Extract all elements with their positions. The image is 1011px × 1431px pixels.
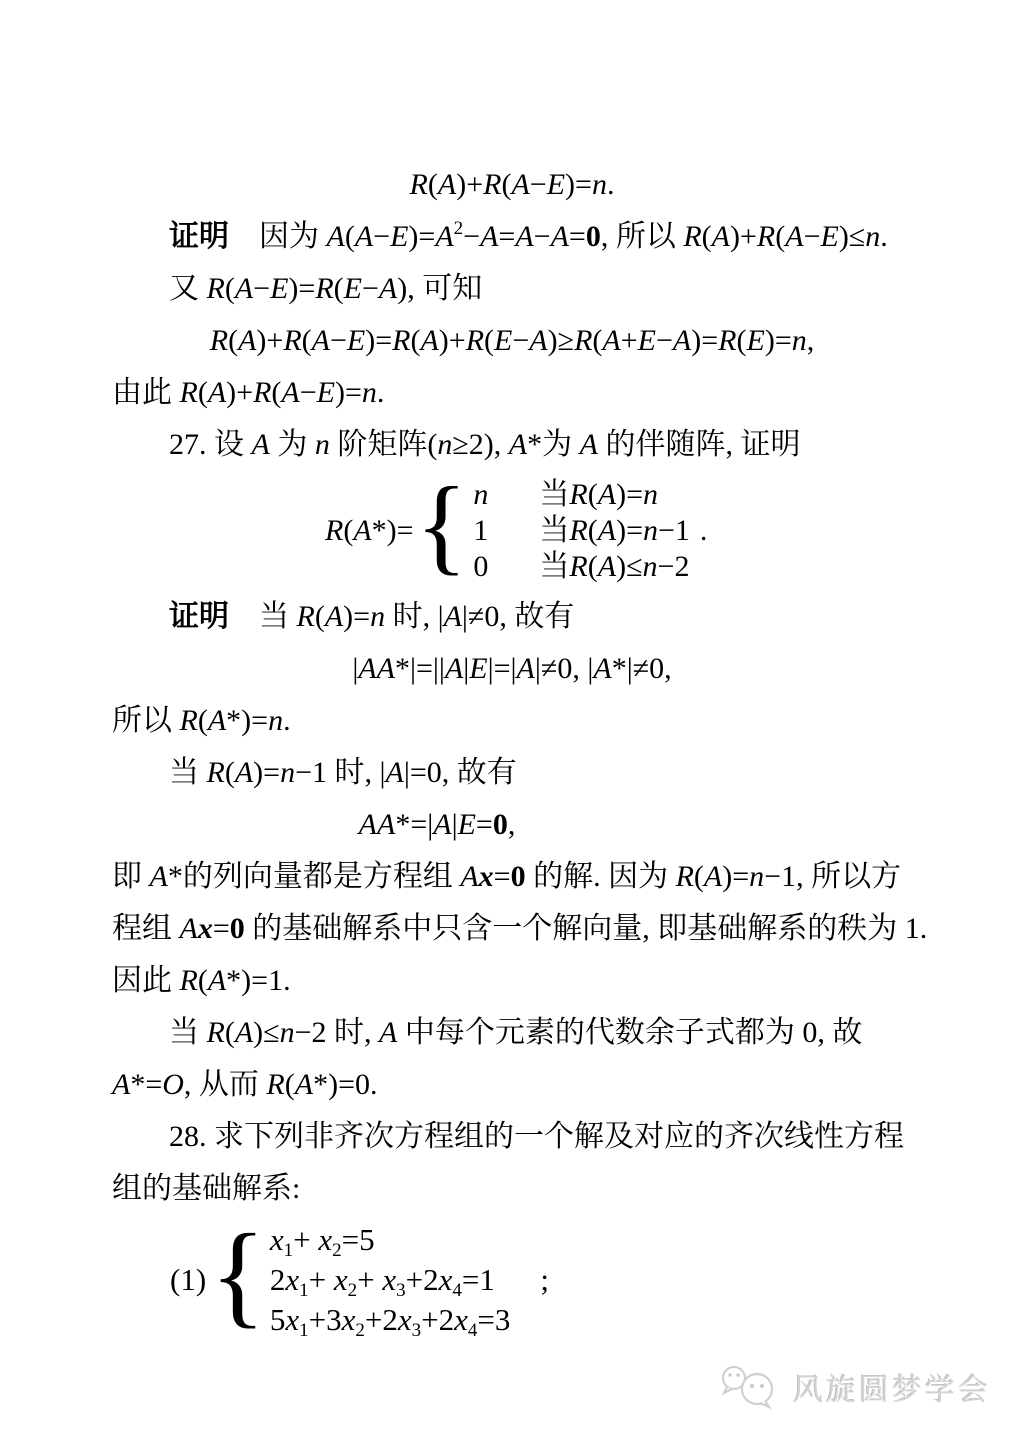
text-line: |AA*|=||A|E|=|A|≠0, |A*|≠0, xyxy=(112,643,912,695)
piecewise-equation: R(A*)= { n当R(A)=n1当R(A)=n−10当R(A)≤n−2 . xyxy=(112,471,912,591)
text-line: 证明 因为 A(A−E)=A2−A=A−A=0, 所以 R(A)+R(A−E)≤… xyxy=(112,211,912,263)
piecewise-value: 1 xyxy=(473,513,539,549)
piecewise-value: n xyxy=(473,477,539,513)
text-flow-top: R(A)+R(A−E)=n.证明 因为 A(A−E)=A2−A=A−A=0, 所… xyxy=(112,159,912,471)
text-line: 27. 设 A 为 n 阶矩阵(n≥2), A*为 A 的伴随阵, 证明 xyxy=(112,419,912,471)
text-line: 即 A*的列向量都是方程组 Ax=0 的解. 因为 R(A)=n−1, 所以方 xyxy=(112,851,912,903)
equation-row: x1+ x2=5 xyxy=(270,1220,511,1260)
system-label: (1) xyxy=(170,1262,206,1298)
left-brace: { xyxy=(416,472,468,580)
text-line: 当 R(A)=n−1 时, |A|=0, 故有 xyxy=(112,747,912,799)
watermark-text: 风旋圆梦学会 xyxy=(793,1365,991,1409)
text-line: 由此 R(A)+R(A−E)=n. xyxy=(112,367,912,419)
piecewise-row: 1当R(A)=n−1 xyxy=(473,513,690,549)
left-brace: { xyxy=(210,1217,266,1333)
equation-row: 5x1+3x2+2x3+2x4=3 xyxy=(270,1300,511,1340)
text-line: 28. 求下列非齐次方程组的一个解及对应的齐次线性方程 xyxy=(112,1111,912,1163)
piecewise-value: 0 xyxy=(473,549,539,585)
text-line: A*=O, 从而 R(A*)=0. xyxy=(112,1059,912,1111)
text-line: 证明 当 R(A)=n 时, |A|≠0, 故有 xyxy=(112,591,912,643)
text-line: AA*=|A|E=0, xyxy=(112,799,912,851)
piecewise-row: n当R(A)=n xyxy=(473,477,690,513)
text-line: R(A)+R(A−E)=n. xyxy=(112,159,912,211)
document-page: R(A)+R(A−E)=n.证明 因为 A(A−E)=A2−A=A−A=0, 所… xyxy=(0,0,1011,1431)
piecewise-tail: . xyxy=(700,514,708,548)
text-line: 组的基础解系: xyxy=(112,1163,912,1215)
system-rows: x1+ x2=52x1+ x2+ x3+2x4=15x1+3x2+2x3+2x4… xyxy=(270,1220,511,1340)
text-line: 当 R(A)≤n−2 时, A 中每个元素的代数余子式都为 0, 故 xyxy=(112,1007,912,1059)
text-flow-mid: 证明 当 R(A)=n 时, |A|≠0, 故有|AA*|=||A|E|=|A|… xyxy=(112,591,912,1215)
linear-system-equation: (1) { x1+ x2=52x1+ x2+ x3+2x4=15x1+3x2+2… xyxy=(112,1215,912,1345)
system-tail: ; xyxy=(540,1262,549,1298)
text-line: 因此 R(A*)=1. xyxy=(112,955,912,1007)
text-line: 又 R(A−E)=R(E−A), 可知 xyxy=(112,263,912,315)
piecewise-rows: n当R(A)=n1当R(A)=n−10当R(A)≤n−2 xyxy=(473,477,690,585)
text-line: 所以 R(A*)=n. xyxy=(112,695,912,747)
piecewise-row: 0当R(A)≤n−2 xyxy=(473,549,690,585)
equation-row: 2x1+ x2+ x3+2x4=1 xyxy=(270,1260,511,1300)
text-line: R(A)+R(A−E)=R(A)+R(E−A)≥R(A+E−A)=R(E)=n, xyxy=(112,315,912,367)
watermark: 风旋圆梦学会 xyxy=(717,1362,991,1412)
text-line: 程组 Ax=0 的基础解系中只含一个解向量, 即基础解系的秩为 1. xyxy=(112,903,912,955)
piecewise-lhs: R(A*)= xyxy=(325,514,414,548)
wechat-icon xyxy=(717,1362,783,1412)
